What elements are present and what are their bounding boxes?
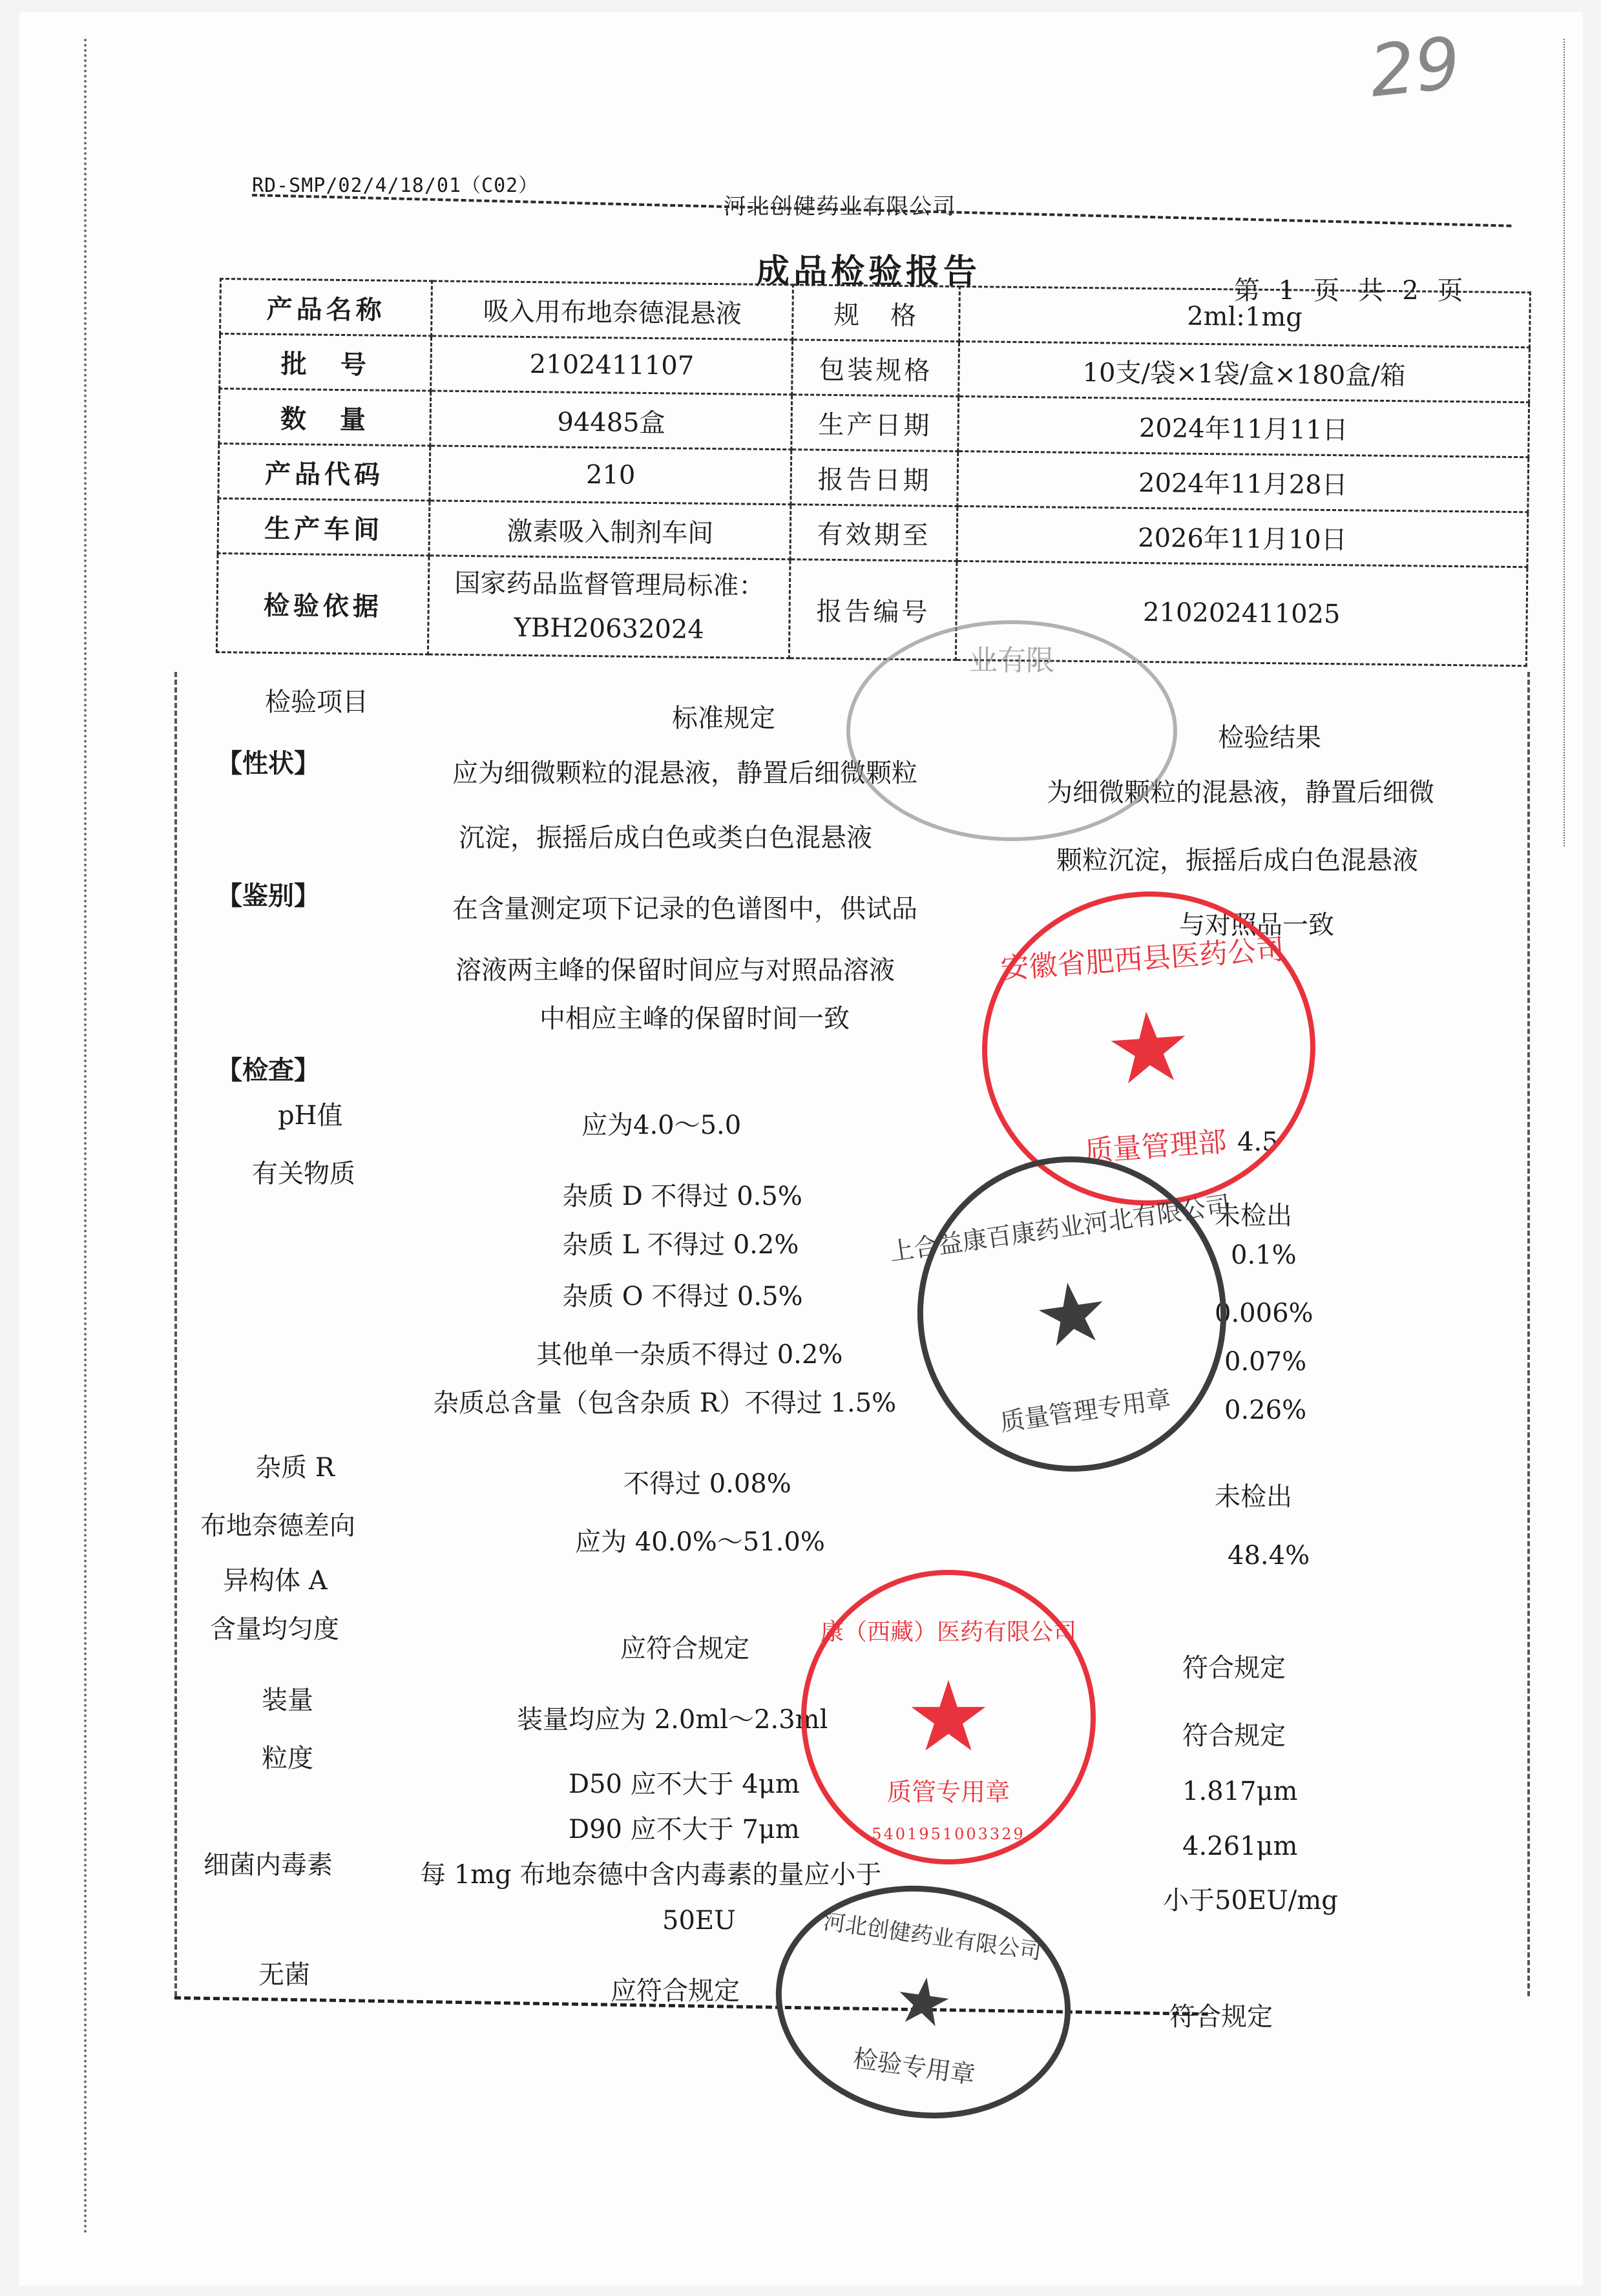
handwritten-page-mark: 29 bbox=[1366, 21, 1465, 113]
std-impurity-d: 杂质 D 不得过 0.5% bbox=[562, 1176, 802, 1213]
res-total-impurity: 0.26% bbox=[1224, 1395, 1306, 1425]
company-name: 河北创健药业有限公司 bbox=[724, 189, 956, 220]
value-test-basis: 国家药品监督管理局标准： YBH20632024 bbox=[428, 556, 790, 658]
item-appearance: 【性状】 bbox=[216, 743, 320, 780]
stamp-tibet-serial: 5401951003329 bbox=[872, 1825, 1025, 1843]
col-item: 检验项目 bbox=[265, 682, 368, 718]
res-other-single: 0.07% bbox=[1224, 1347, 1306, 1377]
item-fill-volume: 装量 bbox=[262, 1680, 313, 1717]
res-impurity-r: 未检出 bbox=[1215, 1476, 1292, 1513]
stamp-faint-text: 业有限 bbox=[969, 637, 1054, 678]
value-product-code: 210 bbox=[430, 446, 791, 505]
test-basis-line1: 国家药品监督管理局标准： bbox=[436, 561, 782, 609]
res-d90: 4.261μm bbox=[1182, 1832, 1297, 1861]
stamp-yikang-center-text: 质量管理专用章 bbox=[998, 1379, 1173, 1437]
value-quantity: 94485盒 bbox=[430, 391, 792, 450]
std-other-single: 其他单一杂质不得过 0.2% bbox=[536, 1334, 842, 1371]
std-impurity-o: 杂质 O 不得过 0.5% bbox=[562, 1276, 803, 1313]
star-icon: ★ bbox=[1102, 997, 1196, 1100]
label-packaging: 包装规格 bbox=[792, 340, 959, 397]
stamp-chuangjian-ring-text: 河北创健药业有限公司 bbox=[822, 1904, 1044, 1966]
std-appearance-1: 应为细微颗粒的混悬液，静置后细微颗粒 bbox=[452, 753, 917, 789]
item-identification: 【鉴别】 bbox=[216, 875, 320, 912]
res-epimer-a: 48.4% bbox=[1228, 1541, 1310, 1571]
item-endotoxin: 细菌内毒素 bbox=[204, 1844, 333, 1881]
item-content-uniformity: 含量均匀度 bbox=[210, 1609, 339, 1645]
right-margin-line bbox=[1564, 39, 1565, 846]
std-endotoxin-1: 每 1mg 布地奈德中含内毒素的量应小于 bbox=[420, 1854, 881, 1891]
std-d50: D50 应不大于 4μm bbox=[569, 1764, 800, 1800]
std-content-uniformity: 应符合规定 bbox=[620, 1628, 749, 1665]
label-batch: 批 号 bbox=[220, 334, 432, 391]
res-impurity-l: 0.1% bbox=[1231, 1240, 1297, 1270]
stamp-faint-company: 业有限 bbox=[846, 620, 1177, 841]
item-impurity-r: 杂质 R bbox=[255, 1447, 335, 1484]
stamp-tibet-ring-text: 康（西藏）医药有限公司 bbox=[821, 1614, 1076, 1647]
std-total-impurity: 杂质总含量（包含杂质 R）不得过 1.5% bbox=[433, 1383, 896, 1419]
res-appearance-2: 颗粒沉淀，振摇后成白色混悬液 bbox=[1056, 840, 1418, 877]
test-basis-line2: YBH20632024 bbox=[435, 605, 782, 653]
left-margin-line bbox=[84, 39, 87, 2235]
label-report-date: 报告日期 bbox=[791, 450, 958, 506]
star-icon: ★ bbox=[890, 1966, 957, 2038]
std-epimer-a: 应为 40.0%～51.0% bbox=[575, 1521, 825, 1558]
std-identification-1: 在含量测定项下记录的色谱图中，供试品 bbox=[452, 888, 917, 925]
std-endotoxin-2: 50EU bbox=[662, 1906, 736, 1936]
value-report-date: 2024年11月28日 bbox=[957, 451, 1529, 512]
std-appearance-2: 沉淀，振摇后成白色或类白色混悬液 bbox=[459, 817, 872, 854]
item-particle-size: 粒度 bbox=[262, 1738, 313, 1775]
item-epimer-a-1: 布地奈德差向 bbox=[200, 1505, 355, 1542]
std-impurity-r: 不得过 0.08% bbox=[623, 1463, 791, 1500]
res-content-uniformity: 符合规定 bbox=[1182, 1647, 1286, 1684]
item-sterility: 无菌 bbox=[258, 1954, 310, 1991]
label-spec: 规 格 bbox=[793, 285, 960, 342]
label-production-date: 生产日期 bbox=[791, 395, 959, 452]
value-product-name: 吸入用布地奈德混悬液 bbox=[432, 281, 793, 340]
std-identification-2: 溶液两主峰的保留时间应与对照品溶液 bbox=[455, 950, 895, 986]
std-d90: D90 应不大于 7μm bbox=[569, 1809, 800, 1846]
res-d50: 1.817μm bbox=[1182, 1777, 1297, 1806]
product-info-table: 产品名称 吸入用布地奈德混悬液 规 格 2ml:1mg 批 号 21024111… bbox=[216, 278, 1531, 667]
item-epimer-a-2: 异构体 A bbox=[223, 1560, 328, 1597]
label-test-basis: 检验依据 bbox=[216, 553, 429, 654]
value-spec: 2ml:1mg bbox=[959, 286, 1531, 347]
res-sterility: 符合规定 bbox=[1169, 1996, 1273, 2033]
std-sterility: 应符合规定 bbox=[611, 1970, 740, 2007]
label-expiry: 有效期至 bbox=[790, 505, 957, 561]
value-workshop: 激素吸入制剂车间 bbox=[429, 501, 791, 559]
label-product-name: 产品名称 bbox=[220, 279, 432, 336]
col-result: 检验结果 bbox=[1218, 717, 1321, 754]
star-icon: ★ bbox=[905, 1669, 992, 1766]
res-endotoxin: 小于50EU/mg bbox=[1163, 1880, 1338, 1917]
stamp-chuangjian-center-text: 检验专用章 bbox=[852, 2038, 978, 2091]
col-standard: 标准规定 bbox=[672, 698, 775, 735]
label-product-code: 产品代码 bbox=[218, 444, 430, 501]
label-quantity: 数 量 bbox=[219, 389, 431, 446]
label-workshop: 生产车间 bbox=[218, 498, 430, 555]
stamp-anhui-ring-text: 安徽省肥西县医药公司 bbox=[999, 926, 1285, 987]
std-fill-volume: 装量均应为 2.0ml～2.3ml bbox=[517, 1699, 828, 1736]
std-identification-3: 中相应主峰的保留时间一致 bbox=[539, 998, 850, 1035]
value-production-date: 2024年11月11日 bbox=[958, 396, 1529, 457]
item-inspection-header: 【检查】 bbox=[216, 1050, 320, 1087]
item-ph: pH值 bbox=[278, 1095, 343, 1132]
res-fill-volume: 符合规定 bbox=[1182, 1715, 1286, 1752]
value-packaging: 10支/袋×1袋/盒×180盒/箱 bbox=[959, 341, 1530, 402]
res-impurity-o: 0.006% bbox=[1215, 1299, 1313, 1328]
value-batch: 2102411107 bbox=[431, 336, 793, 395]
std-impurity-l: 杂质 L 不得过 0.2% bbox=[562, 1224, 799, 1261]
value-expiry: 2026年11月10日 bbox=[957, 506, 1528, 567]
table-row: 检验依据 国家药品监督管理局标准： YBH20632024 报告编号 21020… bbox=[216, 553, 1527, 665]
item-related-substances: 有关物质 bbox=[252, 1153, 355, 1190]
star-icon: ★ bbox=[1029, 1268, 1115, 1361]
stamp-tibet-center-text: 质管专用章 bbox=[887, 1772, 1010, 1808]
std-ph: 应为4.0～5.0 bbox=[581, 1105, 741, 1142]
stamp-tibet: 康（西藏）医药有限公司 ★ 质管专用章 5401951003329 bbox=[801, 1570, 1096, 1864]
form-code: RD-SMP/02/4/18/01（C02） bbox=[252, 169, 538, 198]
